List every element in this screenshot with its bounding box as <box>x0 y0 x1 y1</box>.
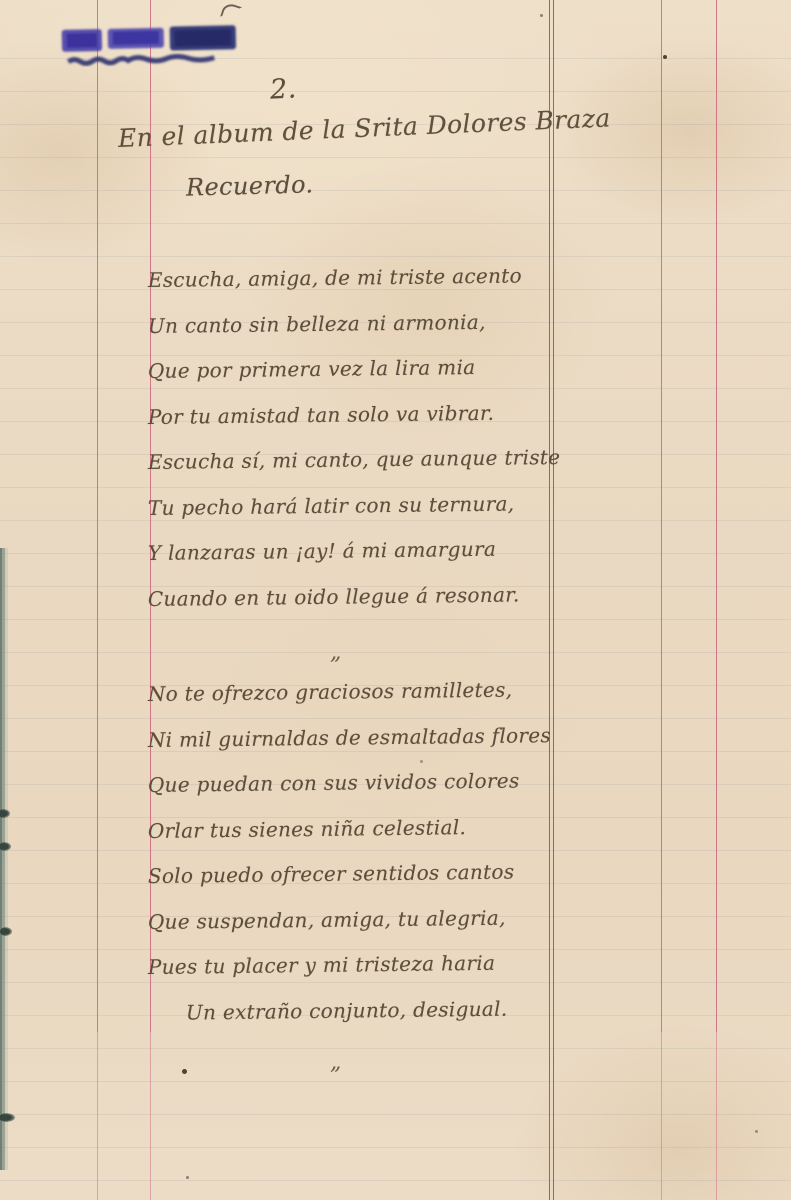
stitch-knot <box>0 842 11 851</box>
dedication-line: En el album de la Srita Dolores Braza <box>117 103 611 153</box>
margin-rule-right-mid <box>661 0 662 1200</box>
poem-line: Escucha sí, mi canto, que aunque triste <box>148 445 561 496</box>
ink-speck <box>540 14 543 17</box>
margin-rule-right-outer <box>716 0 717 1200</box>
poem-line: Cuando en tu oido llegue á resonar. <box>148 581 561 632</box>
ink-speck <box>186 1176 189 1179</box>
poem-title: Recuerdo. <box>186 170 314 201</box>
poem-line: Que por primera vez la lira mia <box>148 354 561 405</box>
poem-line: Solo puedo ofrecer sentidos cantos <box>148 859 552 909</box>
stanza-2: No te ofrezco graciosos ramilletes, Ni m… <box>148 682 551 1046</box>
poem-line: Pues tu placer y mi tristeza haria <box>148 950 552 1000</box>
poem-line: Por tu amistad tan solo va vibrar. <box>148 399 561 450</box>
margin-rule-left-outer <box>97 0 98 1200</box>
poem-line: No te ofrezco graciosos ramilletes, <box>148 677 552 727</box>
stanza-1: Escucha, amiga, de mi triste acento Un c… <box>148 268 560 632</box>
poem-line: Que suspendan, amiga, tu alegria, <box>148 905 552 955</box>
poem-line: Que puedan con sus vividos colores <box>148 768 552 818</box>
poem-line: Escucha, amiga, de mi triste acento <box>148 263 561 314</box>
poem-line: Un canto sin belleza ni armonia, <box>148 308 561 359</box>
page-number: 2. <box>269 73 297 105</box>
poem-line: Un extraño conjunto, desigual. <box>148 996 552 1046</box>
poem-line: Tu pecho hará latir con su ternura, <box>148 490 561 541</box>
stitch-knot <box>0 809 10 818</box>
poem-line: Y lanzaras un ¡ay! á mi amargura <box>148 536 561 587</box>
poem-line: Ni mil guirnaldas de esmaltadas flores <box>148 723 552 773</box>
ink-speck <box>755 1130 758 1133</box>
stanza-separator: „ <box>330 640 341 665</box>
ink-stamp <box>57 18 243 74</box>
stitched-binding-edge <box>0 548 8 1170</box>
poem-line: Orlar tus sienes niña celestial. <box>148 814 552 864</box>
ink-speck <box>663 55 667 59</box>
stanza-separator: „ <box>330 1050 341 1075</box>
stitch-knot <box>0 927 12 936</box>
manuscript-page: 2. En el album de la Srita Dolores Braza… <box>0 0 791 1200</box>
ink-speck <box>420 760 423 763</box>
ink-speck <box>182 1069 187 1074</box>
stitch-knot <box>0 1113 15 1122</box>
